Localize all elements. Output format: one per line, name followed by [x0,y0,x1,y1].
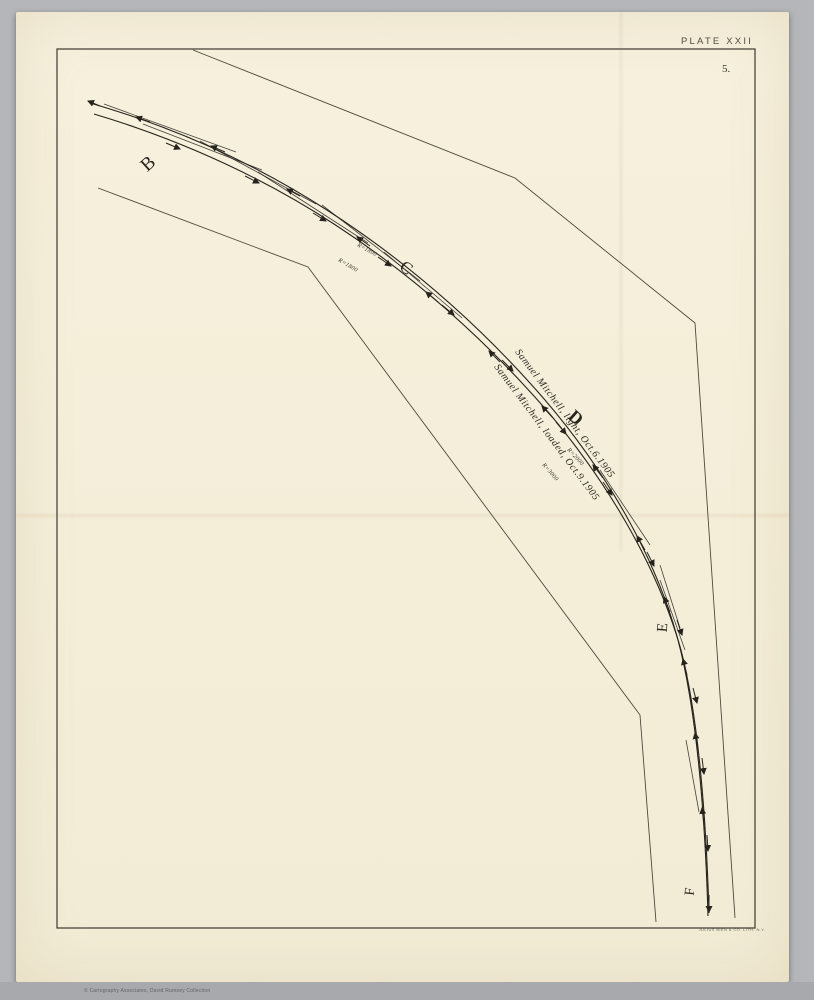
course-segment [200,141,316,204]
course-segment [143,124,262,170]
course-segment [258,172,368,243]
track-arrow [637,536,645,550]
marker-e: E [655,622,672,633]
course-segment [384,252,462,318]
scanned-plate-page: PLATE XXII 5. [0,0,814,1000]
track-arrow [88,101,100,106]
track-light-path [90,103,708,916]
course-segment [600,470,650,545]
scan-bed-strip: © Cartography Associates, David Rumsey C… [0,982,814,1000]
printer-imprint: JULIUS BIEN & CO. LITH. N.Y. [699,927,766,932]
course-segments [104,104,699,812]
lower-bank-line [98,188,656,922]
radius-label-loaded-c: R=1800 [336,257,358,274]
upper-bank-line [193,50,735,918]
track-light-arrows [88,101,704,825]
figure-number: 5. [722,63,731,75]
track-arrow [693,688,697,703]
track-loaded [94,114,709,913]
radius-label-loaded-d: R=3000 [540,462,559,483]
collection-watermark: © Cartography Associates, David Rumsey C… [84,988,210,994]
track-arrow [378,257,391,266]
plate-drawing: PLATE XXII 5. [0,0,814,1000]
track-arrow [707,835,708,851]
track-arrow [702,758,704,774]
river-banks [98,50,735,922]
plate-border [57,49,755,928]
track-light [88,101,708,916]
track-loaded-arrows [166,143,709,912]
marker-c: C [396,257,417,279]
track-arrow [136,117,150,122]
radius-label-light-c: R=1800 [355,242,378,258]
marker-b: B [137,152,160,176]
track-arrow [489,351,500,362]
course-segment [660,580,685,650]
marker-f: F [683,887,699,896]
plate-title: PLATE XXII [681,36,753,47]
track-loaded-path [94,114,709,913]
track-arrow [166,143,180,149]
